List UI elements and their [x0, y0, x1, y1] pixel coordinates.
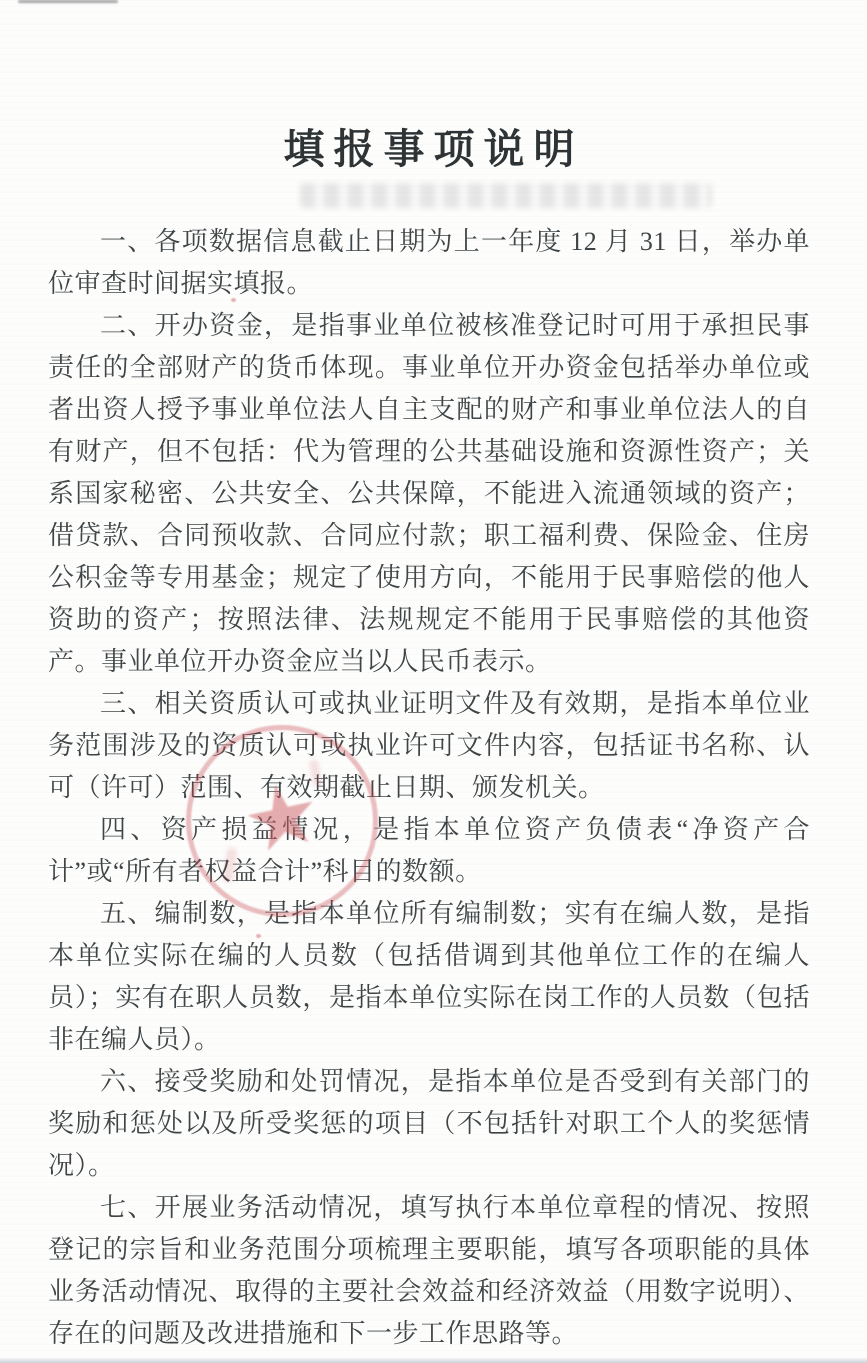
- paragraph-5: 五、编制数，是指本单位所有编制数；实有在编人数，是指本单位实际在编的人员数（包括…: [48, 893, 810, 1061]
- paragraph-2: 二、开办资金，是指事业单位被核准登记时可用于承担民事责任的全部财产的货币体现。事…: [48, 305, 810, 683]
- paragraph-4: 四、资产损益情况，是指本单位资产负债表“净资产合计”或“所有者权益合计”科目的数…: [48, 809, 810, 893]
- paragraph-7: 七、开展业务活动情况，填写执行本单位章程的情况、按照登记的宗旨和业务范围分项梳理…: [48, 1187, 810, 1355]
- scan-edge-bottom: [0, 1358, 867, 1363]
- scan-edge-smudge: [18, 0, 118, 3]
- bleed-through-ghost-text: [300, 183, 712, 208]
- paragraph-3: 三、相关资质认可或执业证明文件及有效期，是指本单位业务范围涉及的资质认可或执业许…: [48, 683, 810, 809]
- paragraph-1: 一、各项数据信息截止日期为上一年度 12 月 31 日，举办单位审查时间据实填报…: [48, 221, 810, 305]
- ink-speck: [231, 298, 236, 302]
- ink-speck: [256, 934, 261, 938]
- scanned-document-page: 填报事项说明 一、各项数据信息截止日期为上一年度 12 月 31 日，举办单位审…: [0, 0, 867, 1363]
- document-body: 一、各项数据信息截止日期为上一年度 12 月 31 日，举办单位审查时间据实填报…: [48, 221, 810, 1355]
- document-title: 填报事项说明: [0, 116, 867, 175]
- paragraph-6: 六、接受奖励和处罚情况，是指本单位是否受到有关部门的奖励和惩处以及所受奖惩的项目…: [48, 1061, 810, 1187]
